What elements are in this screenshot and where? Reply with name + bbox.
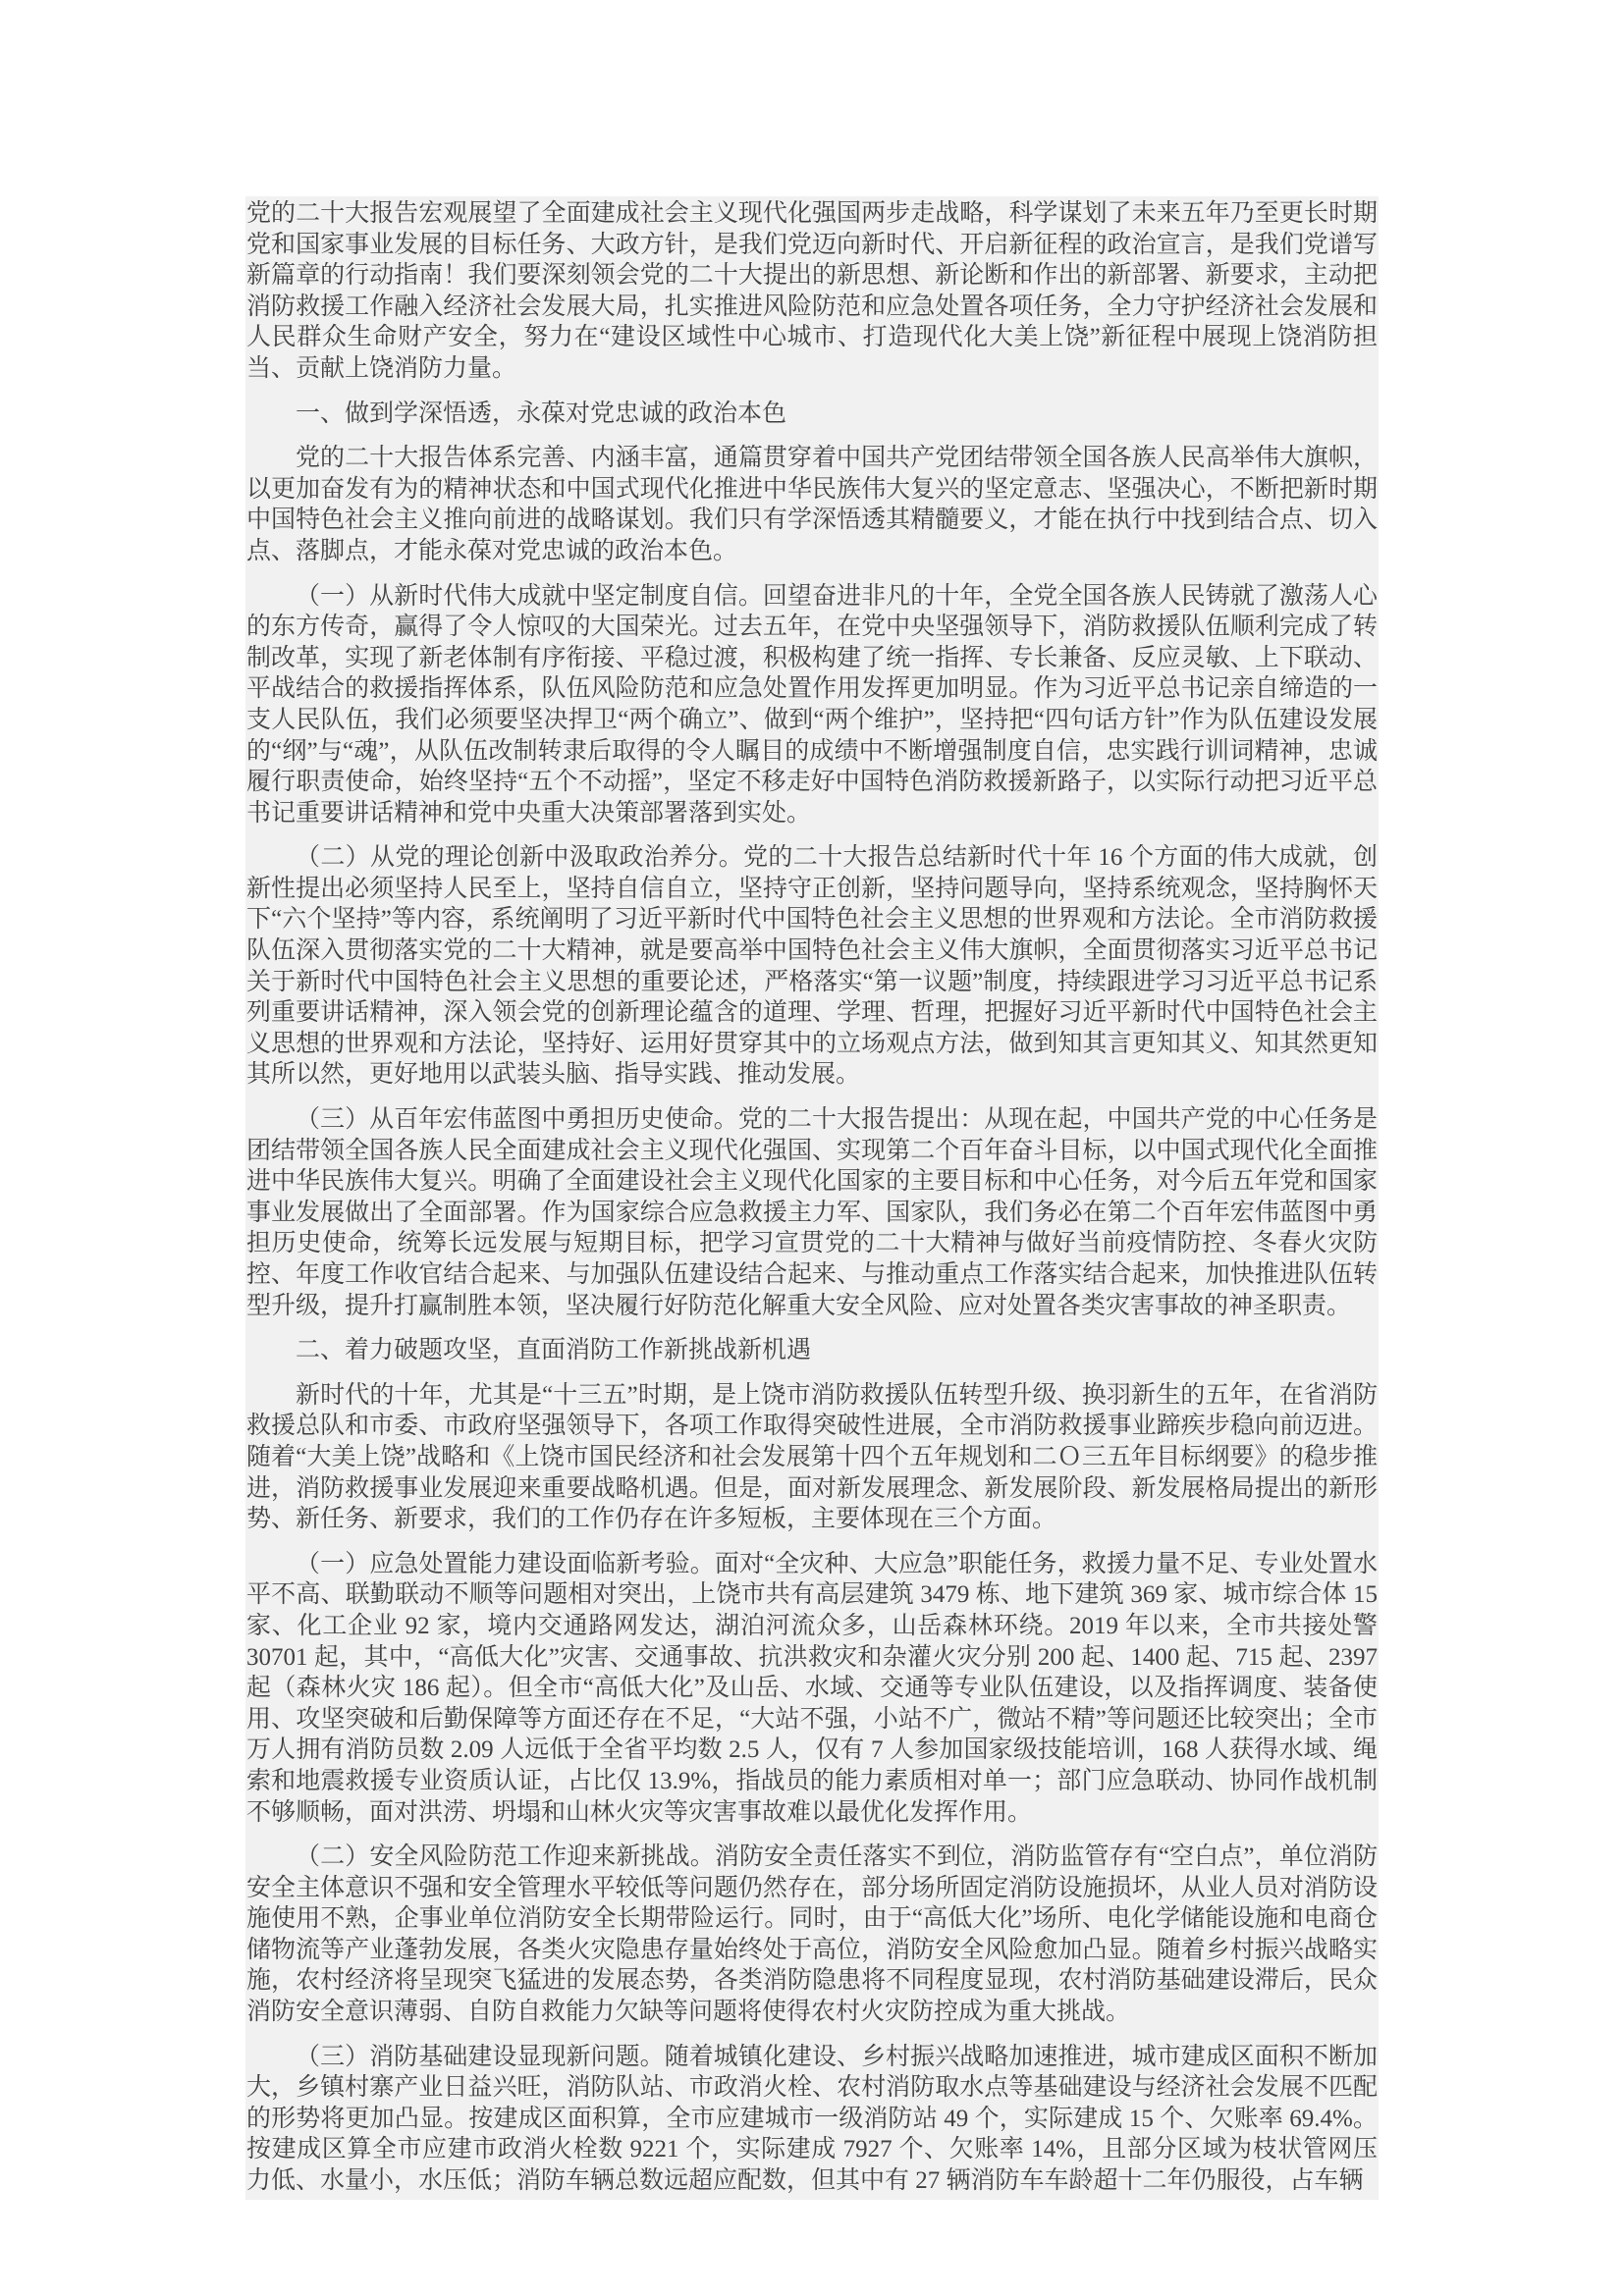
paragraph-section1-intro: 党的二十大报告体系完善、内涵丰富，通篇贯穿着中国共产党团结带领全国各族人民高举伟… [246, 443, 1378, 566]
paragraph-section2-point2: （二）安全风险防范工作迎来新挑战。消防安全责任落实不到位，消防监管存有“空白点”… [246, 1842, 1378, 2028]
paragraph-section2-point3: （三）消防基础建设显现新问题。随着城镇化建设、乡村振兴战略加速推进，城市建成区面… [246, 2042, 1378, 2197]
paragraph-section2-intro: 新时代的十年，尤其是“十三五”时期，是上饶市消防救援队伍转型升级、换羽新生的五年… [246, 1380, 1378, 1535]
paragraph-section2-point1: （一）应急处置能力建设面临新考验。面对“全灾种、大应急”职能任务，救援力量不足、… [246, 1549, 1378, 1828]
paragraph-section1-point2: （二）从党的理论创新中汲取政治养分。党的二十大报告总结新时代十年 16 个方面的… [246, 842, 1378, 1091]
section-heading-1: 一、做到学深悟透，永葆对党忠诚的政治本色 [246, 399, 1378, 430]
paragraph-opening: 党的二十大报告宏观展望了全面建成社会主义现代化强国两步走战略，科学谋划了未来五年… [246, 198, 1378, 385]
document-body: 党的二十大报告宏观展望了全面建成社会主义现代化强国两步走战略，科学谋划了未来五年… [245, 196, 1379, 2200]
paragraph-section1-point3: （三）从百年宏伟蓝图中勇担历史使命。党的二十大报告提出：从现在起，中国共产党的中… [246, 1104, 1378, 1321]
paragraph-section1-point1: （一）从新时代伟大成就中坚定制度自信。回望奋进非凡的十年，全党全国各族人民铸就了… [246, 581, 1378, 829]
section-heading-2: 二、着力破题攻坚，直面消防工作新挑战新机遇 [246, 1335, 1378, 1366]
